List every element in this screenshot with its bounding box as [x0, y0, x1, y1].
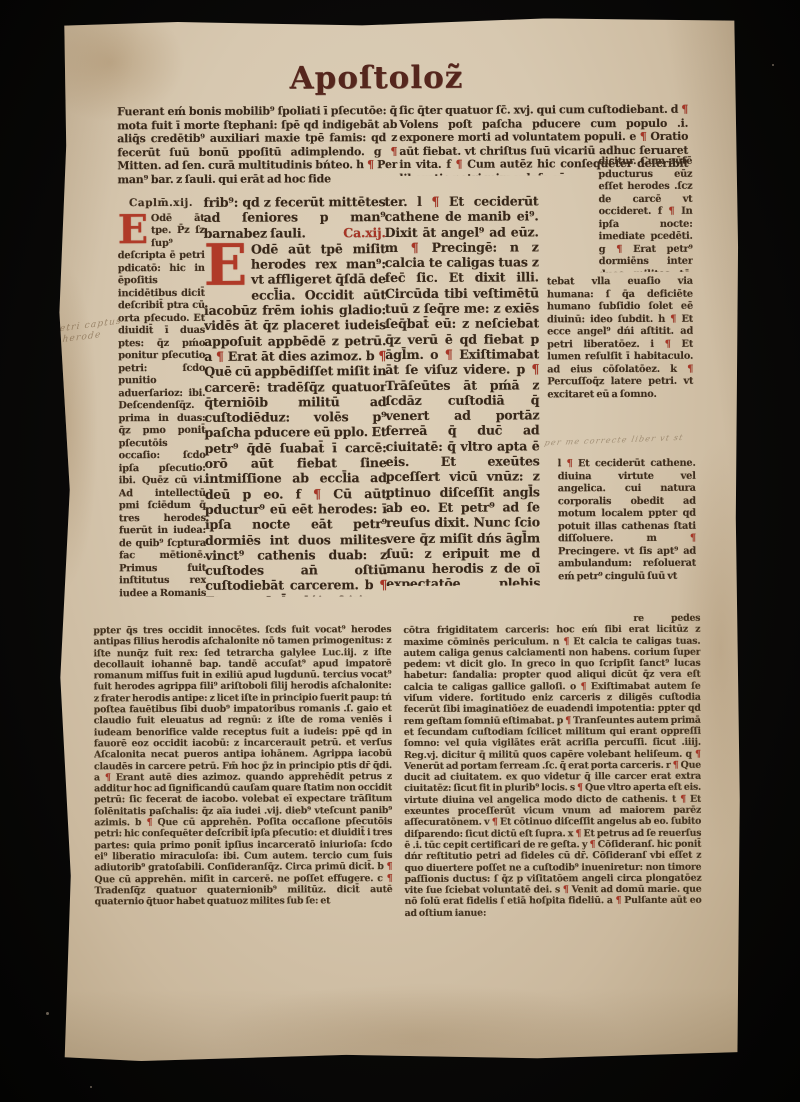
- foxing-stain: [209, 981, 629, 1093]
- main-column-1-body: EOdē aūt tpē miſit herodes rex man⁹: vt …: [204, 241, 388, 597]
- photo-black-background: Apoſtoloz̃ Fuerant eḿ bonis mobilib⁹ ſpo…: [0, 0, 800, 1102]
- main-text-column-1: frib⁹: qd z fecerūt mittētes ad ſeniores…: [203, 194, 387, 597]
- main-text-column-2: ter. l ¶ Et ceciderūt cathene de manib e…: [384, 193, 540, 586]
- dust-speck: [46, 1012, 49, 1015]
- gloss-chapter-heading: Caplm̄.xij.: [117, 197, 204, 210]
- left-gloss-column: Caplm̄.xij. EOdē āt tpe. P̄z ſz ſup⁹ deſ…: [117, 197, 206, 597]
- top-left-paragraph: Fuerant eḿ bonis mobilib⁹ ſpoliati ī pſe…: [117, 104, 397, 189]
- right-gloss-column-lower: l ¶ Et ceciderūt cathene. diuina virtute…: [558, 458, 697, 601]
- incunabula-page: Apoſtoloz̃ Fuerant eḿ bonis mobilib⁹ ſpo…: [55, 18, 743, 1064]
- bottom-right-commentary: re pedes cōtra frigiditatem carceris: ho…: [403, 613, 701, 942]
- catchline: frib⁹: qd z fecerūt mittētes ad ſeniores…: [203, 194, 385, 241]
- gloss-drop-cap-initial: E: [118, 213, 151, 246]
- main-drop-cap-initial: E: [204, 242, 251, 288]
- right-gloss-column-middle: tebat vlla euaſio via humana: ſ q̄a defi…: [547, 276, 694, 435]
- foxing-stain: [28, 260, 99, 590]
- dust-speck: [772, 64, 774, 66]
- right-gloss-column-upper: dicitur. Cum aūtē pducturus eūz eſſet he…: [598, 156, 693, 272]
- gloss-text: Odē āt tpe. P̄z ſz ſup⁹ deſcripta ē petr…: [118, 212, 207, 597]
- page-title: Apoſtoloz̃: [55, 59, 698, 98]
- dust-speck: [90, 1086, 92, 1088]
- chapter-label: Ca.xij.: [343, 225, 385, 240]
- bottom-left-commentary: ppter q̄s tres occidit innocētes. ſcd̄s …: [93, 624, 392, 943]
